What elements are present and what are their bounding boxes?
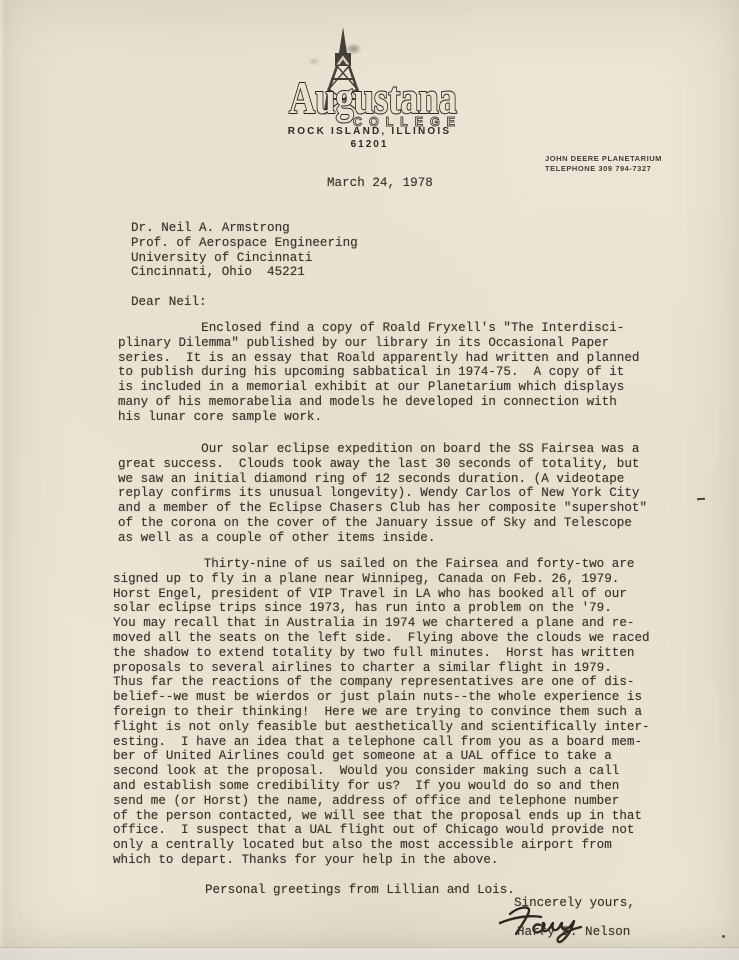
text-line: great success. Clouds took away the last…: [118, 457, 647, 472]
text-line: University of Cincinnati: [131, 251, 358, 266]
text-line: to publish during his upcoming sabbatica…: [118, 365, 639, 380]
text-line: Thus far the reactions of the company re…: [113, 675, 650, 690]
letterhead-zip: 61201: [0, 139, 739, 150]
planetarium-name: JOHN DEERE PLANETARIUM: [545, 154, 662, 164]
text-line: Thirty-nine of us sailed on the Fairsea …: [113, 557, 650, 572]
text-line: esting. I have an idea that a telephone …: [113, 735, 650, 750]
text-line: send me (or Horst) the name, address of …: [113, 794, 650, 809]
paragraph-3: Thirty-nine of us sailed on the Fairsea …: [113, 557, 650, 868]
text-line: Prof. of Aerospace Engineering: [131, 236, 358, 251]
typed-name: Harry E. Nelson: [517, 925, 630, 940]
paper-edge-bottom: [0, 947, 739, 960]
text-line: replay confirms its unusual longevity). …: [118, 486, 647, 501]
date-line: March 24, 1978: [327, 176, 433, 191]
text-line: is included in a memorial exhibit at our…: [118, 380, 639, 395]
paragraph-2: Our solar eclipse expedition on board th…: [118, 442, 647, 546]
text-line: of the corona on the cover of the Januar…: [118, 516, 647, 531]
ink-smudge-faint: [308, 57, 320, 66]
planetarium-contact: JOHN DEERE PLANETARIUM TELEPHONE 309 794…: [545, 154, 662, 173]
text-line: the shadow to extend totality by two ful…: [113, 646, 650, 661]
text-line: as well as a couple of other items insid…: [118, 531, 647, 546]
text-line: signed up to fly in a plane near Winnipe…: [113, 572, 650, 587]
recipient-address: Dr. Neil A. ArmstrongProf. of Aerospace …: [131, 221, 358, 280]
text-line: foreign to their thinking! Here we are t…: [113, 705, 650, 720]
stray-dot: [722, 935, 725, 938]
text-line: second look at the proposal. Would you c…: [113, 764, 650, 779]
text-line: ber of United Airlines could get someone…: [113, 749, 650, 764]
text-line: only a centrally located but also the mo…: [113, 838, 650, 853]
text-line: belief--we must be wierdos or just plain…: [113, 690, 650, 705]
stray-dot-small: [454, 888, 456, 890]
text-line: which to depart. Thanks for your help in…: [113, 853, 650, 868]
letter-page: Augustana COLLEGE ROCK ISLAND, ILLINOIS …: [0, 0, 739, 960]
text-line: Cincinnati, Ohio 45221: [131, 265, 358, 280]
text-line: Our solar eclipse expedition on board th…: [118, 442, 647, 457]
text-line: moved all the seats on the left side. Fl…: [113, 631, 650, 646]
ink-smudge: [345, 43, 362, 55]
text-line: proposals to several airlines to charter…: [113, 661, 650, 676]
text-line: his lunar core sample work.: [118, 410, 639, 425]
text-line: many of his memorabelia and models he de…: [118, 395, 639, 410]
paragraph-1: Enclosed find a copy of Roald Fryxell's …: [118, 321, 639, 425]
text-line: Dr. Neil A. Armstrong: [131, 221, 358, 236]
text-line: Horst Engel, president of VIP Travel in …: [113, 587, 650, 602]
text-line: solar eclipse trips since 1973, has run …: [113, 601, 650, 616]
text-line: plinary Dilemma" published by our librar…: [118, 336, 639, 351]
letterhead-location: ROCK ISLAND, ILLINOIS: [0, 126, 739, 137]
stray-mark: [697, 498, 705, 500]
planetarium-phone: TELEPHONE 309 794-7327: [545, 164, 662, 174]
postscript: Personal greetings from Lillian and Lois…: [205, 883, 515, 898]
text-line: and a member of the Eclipse Chasers Club…: [118, 501, 647, 516]
text-line: office. I suspect that a UAL flight out …: [113, 823, 650, 838]
text-line: and establish some credibility for us? I…: [113, 779, 650, 794]
text-line: You may recall that in Australia in 1974…: [113, 616, 650, 631]
salutation: Dear Neil:: [131, 295, 207, 310]
text-line: flight is not only feasible but aestheti…: [113, 720, 650, 735]
text-line: we saw an initial diamond ring of 12 sec…: [118, 472, 647, 487]
text-line: Enclosed find a copy of Roald Fryxell's …: [118, 321, 639, 336]
paper-edge-left: [0, 0, 3, 960]
text-line: of the person contacted, we will see tha…: [113, 809, 650, 824]
text-line: series. It is an essay that Roald appare…: [118, 351, 639, 366]
